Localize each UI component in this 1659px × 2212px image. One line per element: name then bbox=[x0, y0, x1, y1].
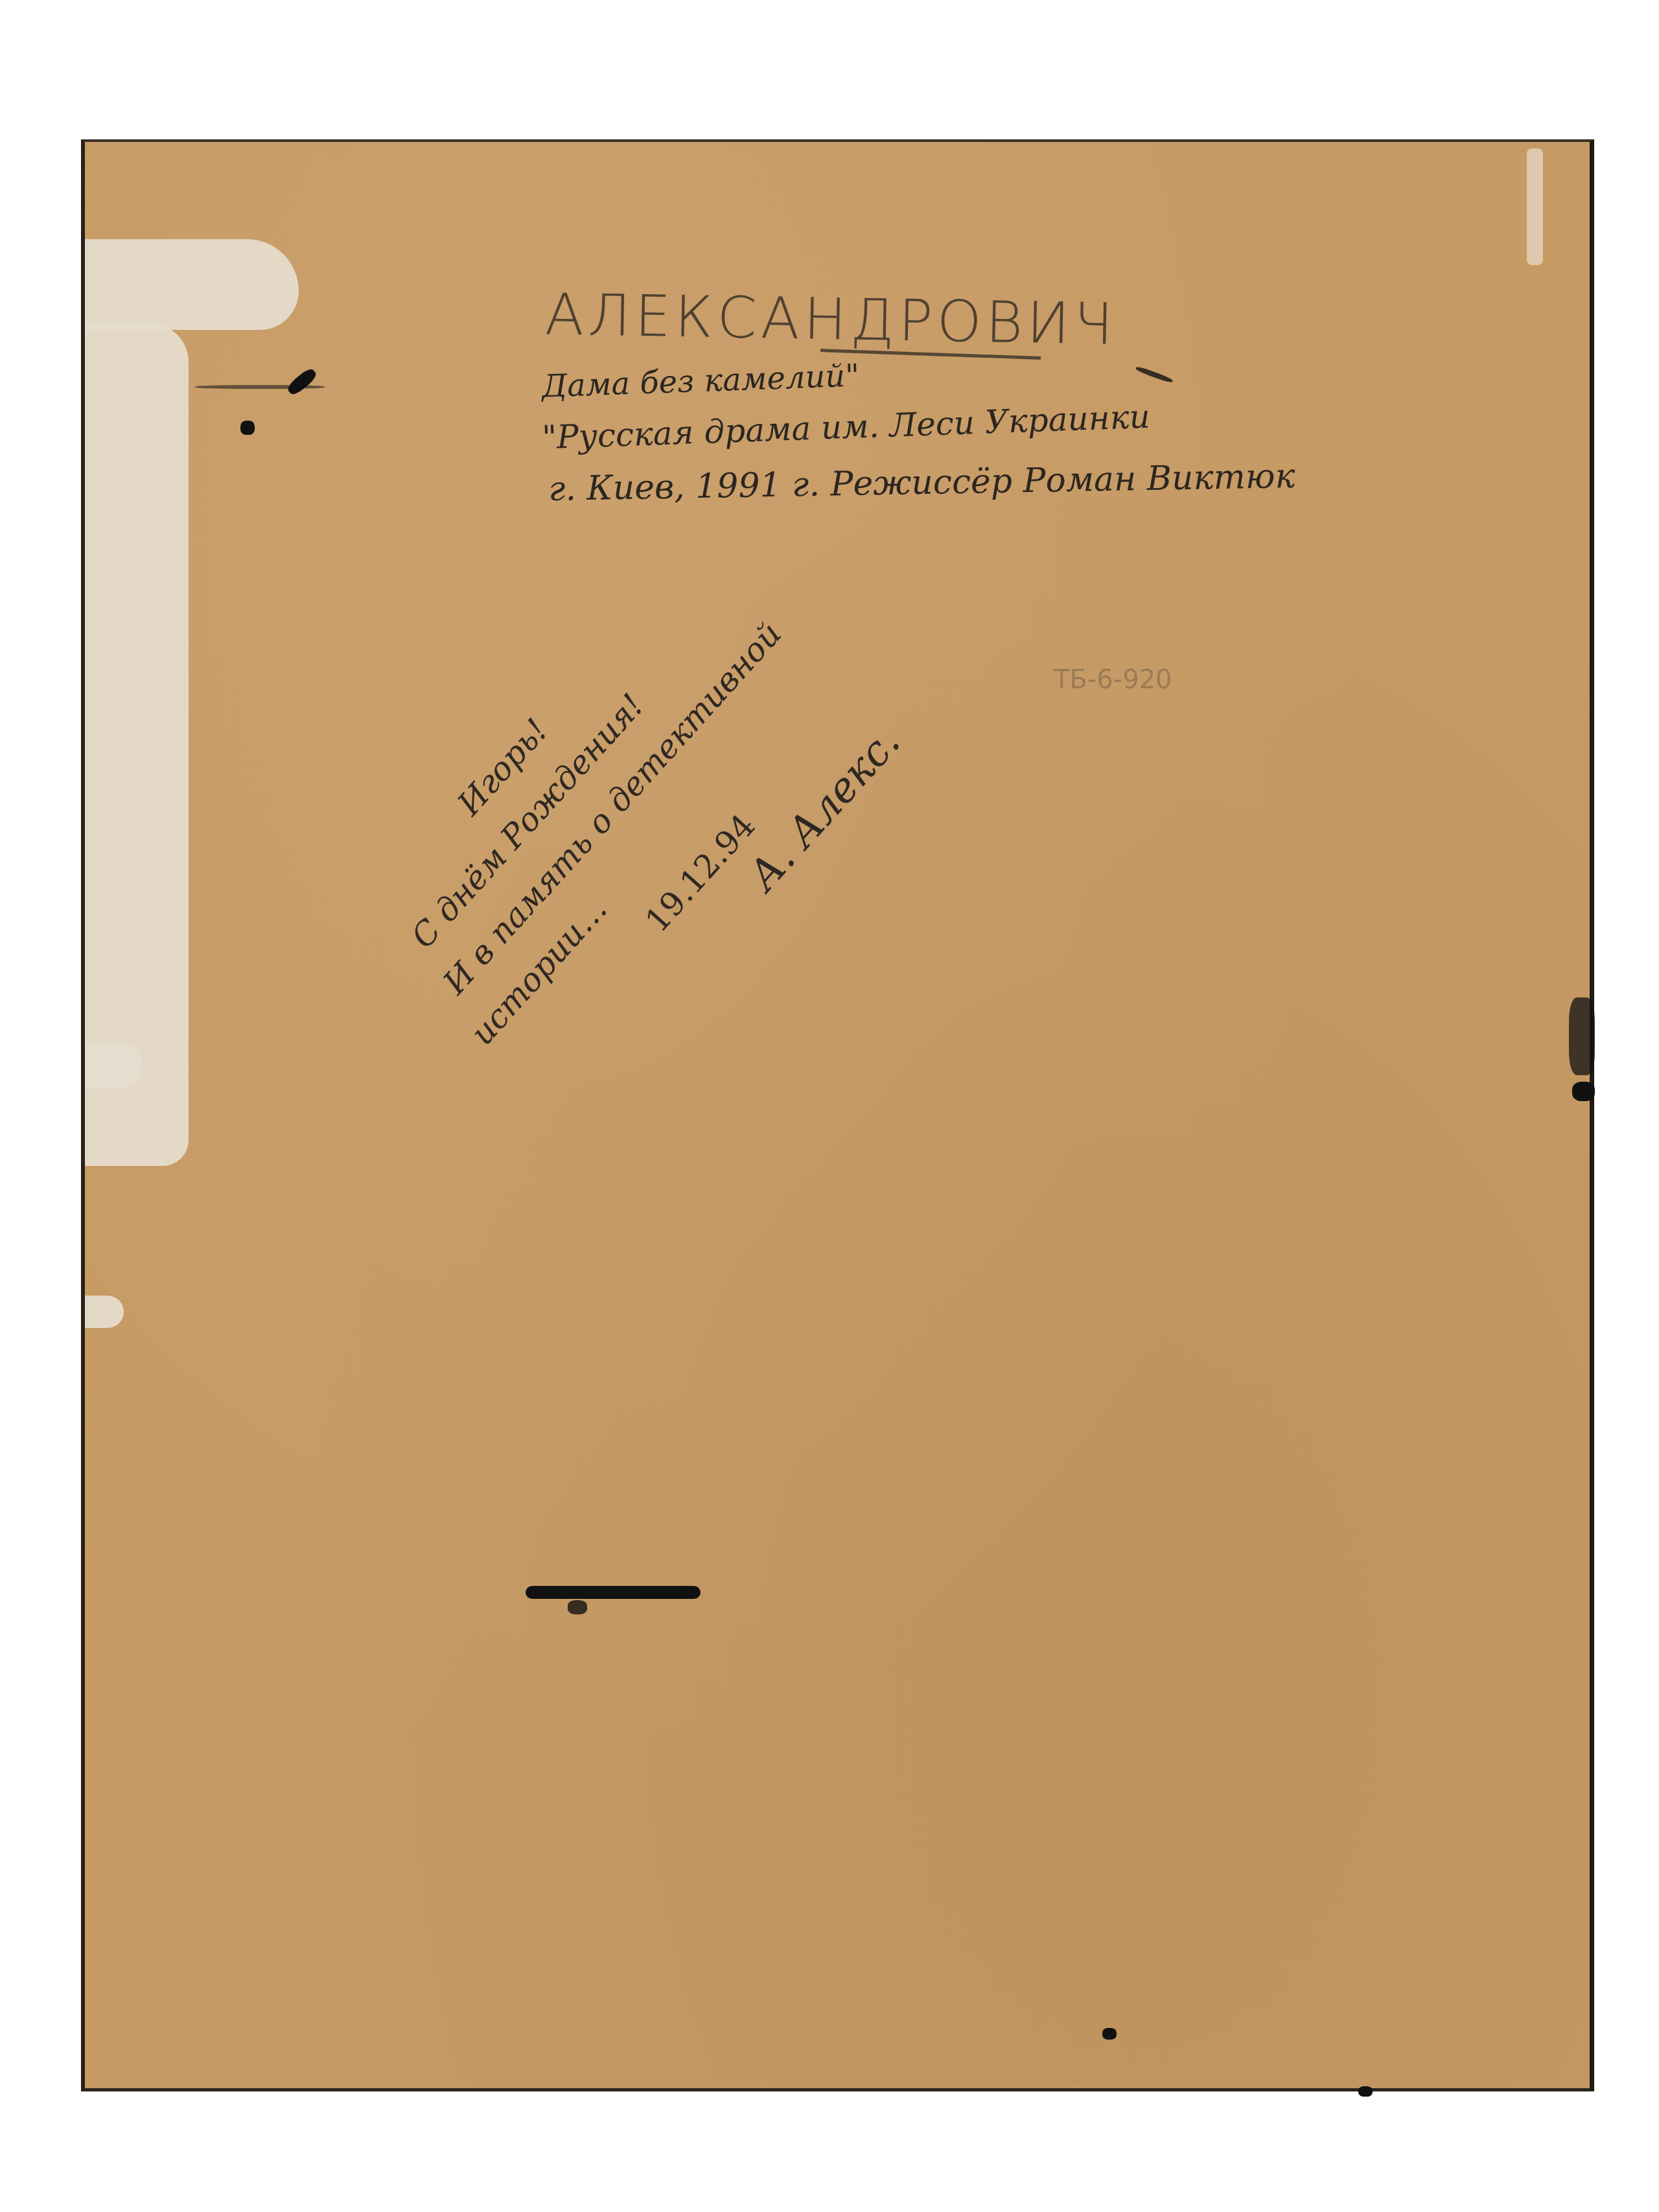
peeled-paper-patch bbox=[85, 323, 189, 1166]
hardboard-back: АЛЕКСАНДРОВИЧ Дама без камелий" "Русская… bbox=[81, 139, 1594, 2091]
tape-residue bbox=[1527, 148, 1543, 265]
place-year-director: г. Киев, 1991 г. Режиссёр Роман Виктюк bbox=[548, 460, 1295, 506]
ink-smear bbox=[1135, 366, 1173, 384]
header-signature: АЛЕКСАНДРОВИЧ bbox=[544, 286, 1117, 353]
ink-stain bbox=[240, 421, 255, 435]
ink-splatter bbox=[195, 385, 325, 389]
ink-stain bbox=[1358, 2086, 1373, 2097]
ink-stain bbox=[568, 1600, 587, 1614]
peeled-paper-patch bbox=[85, 239, 299, 330]
edge-ink-stain bbox=[1569, 997, 1595, 1075]
play-title: Дама без камелий" bbox=[541, 360, 860, 402]
edge-ink-stain bbox=[1572, 1082, 1595, 1101]
peeled-paper-patch bbox=[85, 1043, 143, 1088]
peeled-paper-patch bbox=[85, 1296, 124, 1328]
inventory-number: ТБ-6-920 bbox=[1054, 667, 1172, 693]
ink-smear bbox=[526, 1586, 701, 1599]
theatre-name: "Русская драма им. Леси Украинки bbox=[541, 401, 1150, 454]
ink-stain bbox=[285, 366, 318, 397]
ink-stain bbox=[1102, 2028, 1117, 2040]
